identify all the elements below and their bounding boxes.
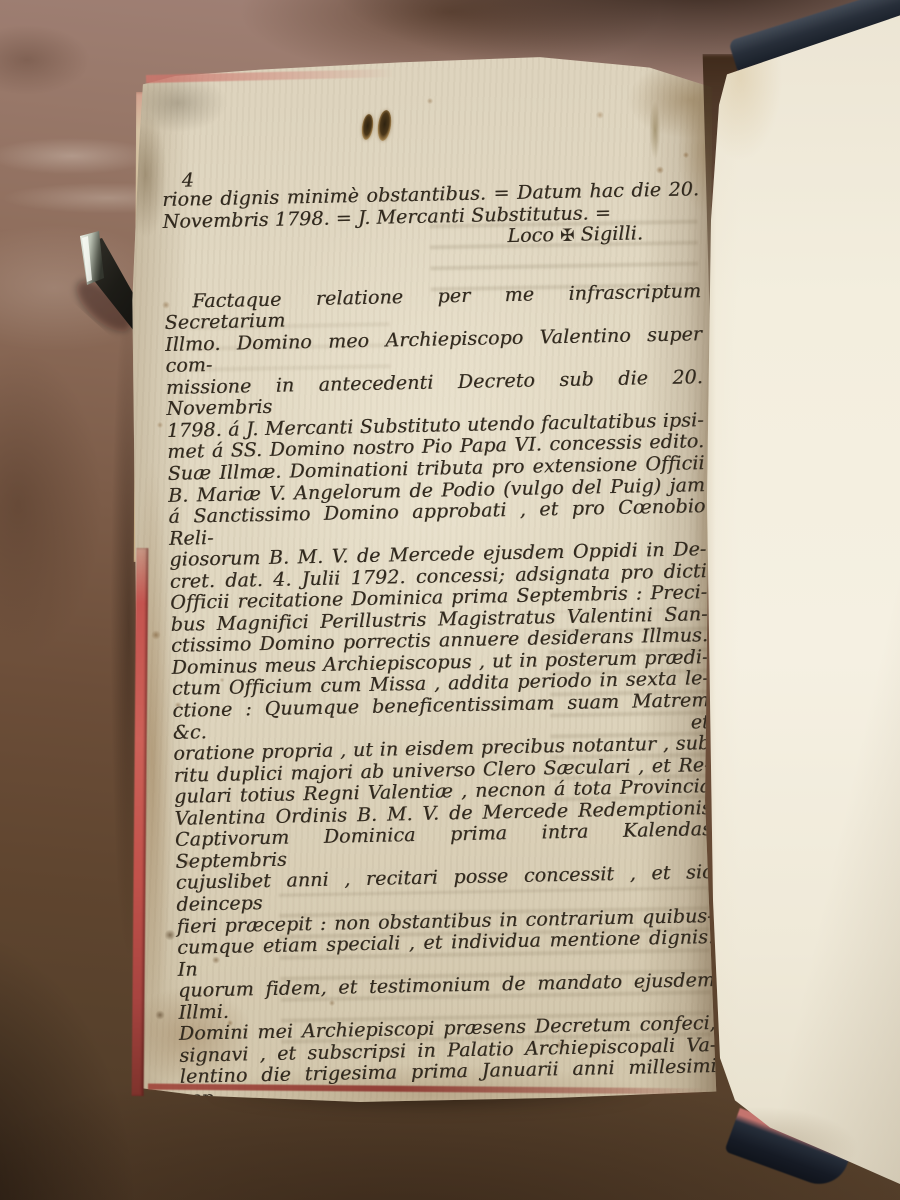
facing-page — [700, 6, 900, 1184]
book-photo: 4 rione dignis minimè obstantibus. = Dat… — [0, 0, 900, 1200]
wormhole — [360, 113, 375, 140]
decree-page: 4 rione dignis minimè obstantibus. = Dat… — [130, 55, 718, 1103]
decree-text: 4 rione dignis minimè obstantibus. = Dat… — [162, 179, 719, 1187]
decree-paragraph: Factaque relatione per me infrascriptum … — [164, 281, 718, 1132]
seal-word-loco: Loco — [507, 224, 554, 247]
wormhole — [376, 109, 393, 142]
seal-word-sigilli: Sigilli. — [580, 222, 643, 245]
cross-icon: ✠ — [560, 226, 575, 246]
page-number: 4 — [182, 170, 195, 192]
